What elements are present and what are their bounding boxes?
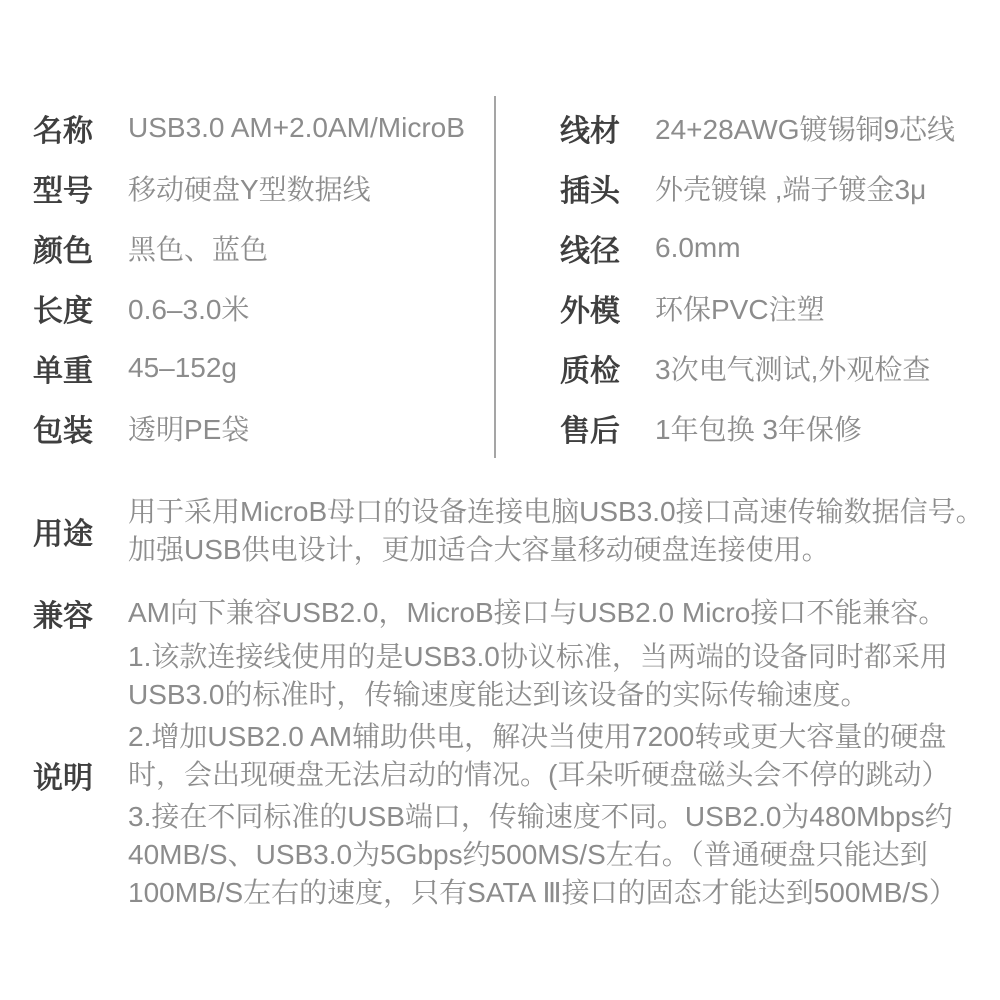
- spec-label: 名称: [33, 106, 128, 150]
- spec-row-name: 名称 USB3.0 AM+2.0AM/MicroB: [33, 98, 488, 158]
- notes-item-3: 3.接在不同标准的USB端口，传输速度不同。USB2.0为480Mbps约 40…: [128, 798, 957, 912]
- spec-value: 外壳镀镍 ,端子镀金3μ: [655, 168, 926, 208]
- spec-row-color: 颜色 黑色、蓝色: [33, 218, 488, 278]
- spec-label: 质检: [560, 346, 655, 390]
- spec-value: 透明PE袋: [128, 408, 249, 448]
- spec-column-left: 名称 USB3.0 AM+2.0AM/MicroB 型号 移动硬盘Y型数据线 颜…: [33, 98, 488, 458]
- notes-item-1: 1.该款连接线使用的是USB3.0协议标准，当两端的设备同时都采用 USB3.0…: [128, 638, 957, 714]
- section-label: 用途: [33, 509, 128, 553]
- spec-label: 售后: [560, 406, 655, 450]
- section-label: 兼容: [33, 591, 128, 635]
- spec-row-wire: 线材 24+28AWG镀锡铜9芯线: [560, 98, 990, 158]
- spec-label: 插头: [560, 166, 655, 210]
- text-line: 2.增加USB2.0 AM辅助供电，解决当使用7200转或更大容量的硬盘: [128, 718, 957, 756]
- spec-row-length: 长度 0.6–3.0米: [33, 278, 488, 338]
- spec-value: 环保PVC注塑: [655, 288, 825, 328]
- spec-value: 45–152g: [128, 352, 237, 384]
- section-notes: 说明 1.该款连接线使用的是USB3.0协议标准，当两端的设备同时都采用 USB…: [33, 638, 980, 912]
- section-text: AM向下兼容USB2.0，MicroB接口与USB2.0 Micro接口不能兼容…: [128, 594, 946, 632]
- spec-label: 长度: [33, 286, 128, 330]
- spec-row-after-sale: 售后 1年包换 3年保修: [560, 398, 990, 458]
- spec-value: 1年包换 3年保修: [655, 408, 862, 448]
- spec-value: 6.0mm: [655, 232, 741, 264]
- spec-row-weight: 单重 45–152g: [33, 338, 488, 398]
- spec-label: 型号: [33, 166, 128, 210]
- section-label: 说明: [33, 753, 128, 797]
- spec-value: 0.6–3.0米: [128, 288, 249, 328]
- spec-row-quality-check: 质检 3次电气测试,外观检查: [560, 338, 990, 398]
- spec-row-outer-mold: 外模 环保PVC注塑: [560, 278, 990, 338]
- section-text: 1.该款连接线使用的是USB3.0协议标准，当两端的设备同时都采用 USB3.0…: [128, 638, 957, 912]
- spec-value: USB3.0 AM+2.0AM/MicroB: [128, 112, 465, 144]
- spec-value: 3次电气测试,外观检查: [655, 348, 930, 388]
- text-line: 40MB/S、USB3.0为5Gbps约500MS/S左右。（普通硬盘只能达到: [128, 836, 957, 874]
- text-line: 用于采用MicroB母口的设备连接电脑USB3.0接口高速传输数据信号。: [128, 493, 984, 531]
- text-line: USB3.0的标准时，传输速度能达到该设备的实际传输速度。: [128, 676, 957, 714]
- text-line: AM向下兼容USB2.0，MicroB接口与USB2.0 Micro接口不能兼容…: [128, 594, 946, 632]
- spec-label: 单重: [33, 346, 128, 390]
- spec-value: 24+28AWG镀锡铜9芯线: [655, 108, 955, 148]
- column-divider: [494, 96, 496, 458]
- spec-label: 外模: [560, 286, 655, 330]
- spec-label: 线材: [560, 106, 655, 150]
- text-line: 3.接在不同标准的USB端口，传输速度不同。USB2.0为480Mbps约: [128, 798, 957, 836]
- spec-row-packaging: 包装 透明PE袋: [33, 398, 488, 458]
- section-compatibility: 兼容 AM向下兼容USB2.0，MicroB接口与USB2.0 Micro接口不…: [33, 591, 980, 635]
- notes-item-2: 2.增加USB2.0 AM辅助供电，解决当使用7200转或更大容量的硬盘 时，会…: [128, 718, 957, 794]
- product-spec-sheet: { "colors": { "background": "#ffffff", "…: [0, 0, 1000, 1000]
- spec-label: 颜色: [33, 226, 128, 270]
- text-line: 1.该款连接线使用的是USB3.0协议标准，当两端的设备同时都采用: [128, 638, 957, 676]
- section-usage: 用途 用于采用MicroB母口的设备连接电脑USB3.0接口高速传输数据信号。 …: [33, 493, 980, 569]
- spec-column-right: 线材 24+28AWG镀锡铜9芯线 插头 外壳镀镍 ,端子镀金3μ 线径 6.0…: [560, 98, 990, 458]
- spec-label: 包装: [33, 406, 128, 450]
- text-line: 加强USB供电设计，更加适合大容量移动硬盘连接使用。: [128, 531, 984, 569]
- text-line: 时，会出现硬盘无法启动的情况。(耳朵听硬盘磁头会不停的跳动）: [128, 756, 957, 794]
- section-text: 用于采用MicroB母口的设备连接电脑USB3.0接口高速传输数据信号。 加强U…: [128, 493, 984, 569]
- spec-label: 线径: [560, 226, 655, 270]
- spec-row-diameter: 线径 6.0mm: [560, 218, 990, 278]
- spec-row-model: 型号 移动硬盘Y型数据线: [33, 158, 488, 218]
- text-line: 100MB/S左右的速度，只有SATA Ⅲ接口的固态才能达到500MB/S）: [128, 874, 957, 912]
- spec-value: 移动硬盘Y型数据线: [128, 168, 371, 208]
- spec-row-plug: 插头 外壳镀镍 ,端子镀金3μ: [560, 158, 990, 218]
- spec-value: 黑色、蓝色: [128, 228, 268, 268]
